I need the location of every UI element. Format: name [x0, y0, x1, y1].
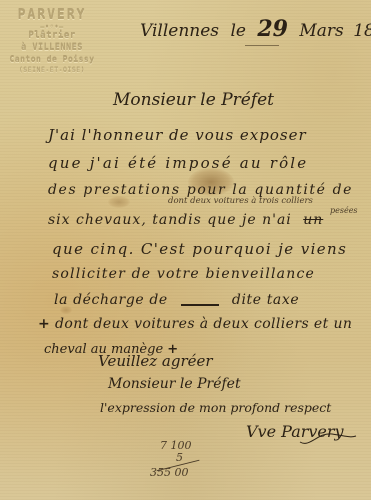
letterhead-canton: Canton de Poissy — [4, 55, 100, 64]
dateline-month: Mars — [299, 21, 343, 41]
calc-result: 355 00 — [150, 467, 200, 479]
letterhead-name: PARVERY — [4, 8, 100, 23]
body-line: + dont deux voitures à deux colliers et … — [38, 316, 352, 332]
body-line: solliciter de votre bienveillance — [52, 266, 315, 282]
interlinear-insert-2: pesées — [330, 206, 358, 215]
letterhead-trade: Plâtrier — [4, 31, 100, 41]
closing-line: l'expression de mon profond respect — [100, 400, 331, 415]
signature-flourish — [298, 428, 358, 448]
salutation: Monsieur le Préfet — [113, 90, 274, 110]
body-line: six chevaux, tandis que je n'ai un — [48, 212, 323, 228]
letterhead-ornament: —∙◦∙— — [4, 23, 100, 31]
body-line-text: la décharge de — [54, 292, 168, 308]
dateline-day: 29 — [257, 16, 288, 42]
letterhead-stamp: PARVERY —∙◦∙— Plâtrier à VILLENNES Canto… — [4, 6, 100, 74]
dateline-year: 1872 — [353, 21, 371, 41]
body-line-text: dont deux voitures à deux colliers et un — [55, 316, 352, 332]
letter-page: PARVERY —∙◦∙— Plâtrier à VILLENNES Canto… — [0, 0, 371, 500]
interlinear-insert: dont deux voitures à trois colliers — [168, 196, 313, 206]
body-line-text: six chevaux, tandis que je n'ai — [48, 212, 292, 228]
insert-mark: + — [38, 316, 50, 332]
body-line-text: dite taxe — [232, 292, 299, 308]
closing-line: Monsieur le Préfet — [108, 376, 241, 392]
body-line: que j'ai été imposé au rôle — [48, 154, 308, 172]
date-underline — [245, 45, 279, 46]
struck-word: un — [303, 212, 323, 228]
dateline-place: Villennes — [140, 21, 219, 41]
dateline: Villennes le 29 Mars 1872 — [140, 16, 371, 42]
body-line: J'ai l'honneur de vous exposer — [48, 126, 307, 144]
closing-line: Veuillez agréer — [98, 352, 213, 370]
body-line: que cinq. C'est pourquoi je viens — [52, 240, 347, 258]
body-line: la décharge de dite taxe — [54, 292, 299, 308]
letterhead-town: à VILLENNES — [4, 43, 100, 53]
dateline-le: le — [230, 21, 246, 41]
struck-amount — [181, 294, 219, 306]
letterhead-department: (SEINE-ET-OISE) — [4, 66, 100, 74]
calculation: 7 100 5 355 00 — [150, 440, 200, 479]
